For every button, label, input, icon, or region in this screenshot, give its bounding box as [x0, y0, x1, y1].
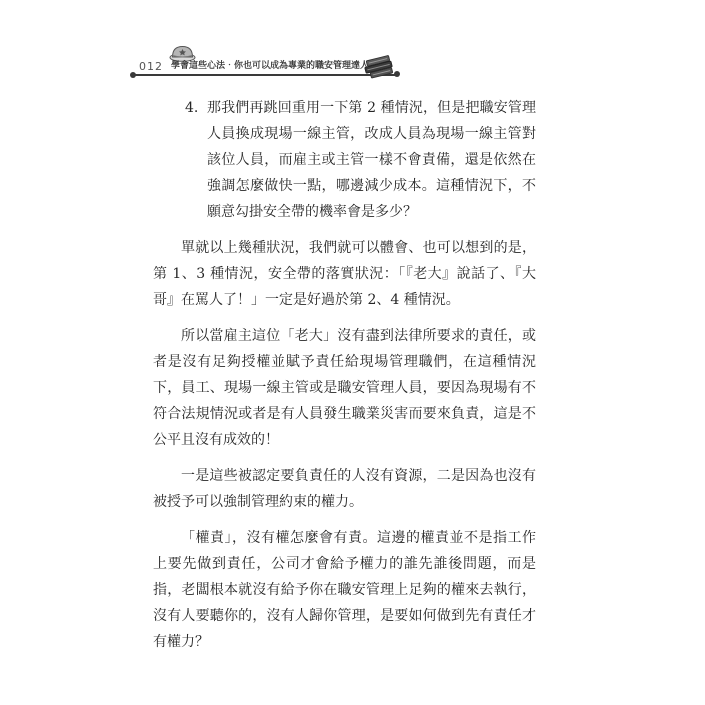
paragraph-summary: 單就以上幾種狀況，我們就可以體會、也可以想到的是，第 1、3 種情況，安全帶的落…	[153, 235, 536, 313]
header-rule	[134, 74, 396, 76]
paragraph-employer-responsibility: 所以當雇主這位「老大」沒有盡到法律所要求的責任，或者是沒有足夠授權並賦予責任給現…	[153, 323, 536, 453]
chapter-running-title: 學會這些心法‧你也可以成為專業的職安管理達人	[171, 58, 369, 71]
book-stack-icon	[362, 54, 396, 81]
paragraph-authority-responsibility: 「權責」，沒有權怎麼會有責。這邊的權責並不是指工作上要先做到責任，公司才會給予權…	[153, 525, 536, 655]
list-item-text: 那我們再跳回重用一下第 2 種情況，但是把職安管理人員換成現場一線主管，改成人員…	[207, 100, 536, 220]
page-number: 012	[139, 60, 163, 73]
list-item-number: 4.	[185, 95, 198, 121]
numbered-list-item-4: 4. 那我們再跳回重用一下第 2 種情況，但是把職安管理人員換成現場一線主管，改…	[153, 95, 536, 225]
paragraph-no-resources: 一是這些被認定要負責任的人沒有資源，二是因為也沒有被授予可以強制管理約束的權力。	[153, 463, 536, 515]
page-body: 4. 那我們再跳回重用一下第 2 種情況，但是把職安管理人員換成現場一線主管，改…	[153, 95, 536, 655]
book-page: 012 學會這些心法‧你也可以成為專業的職安管理達人	[0, 0, 705, 705]
